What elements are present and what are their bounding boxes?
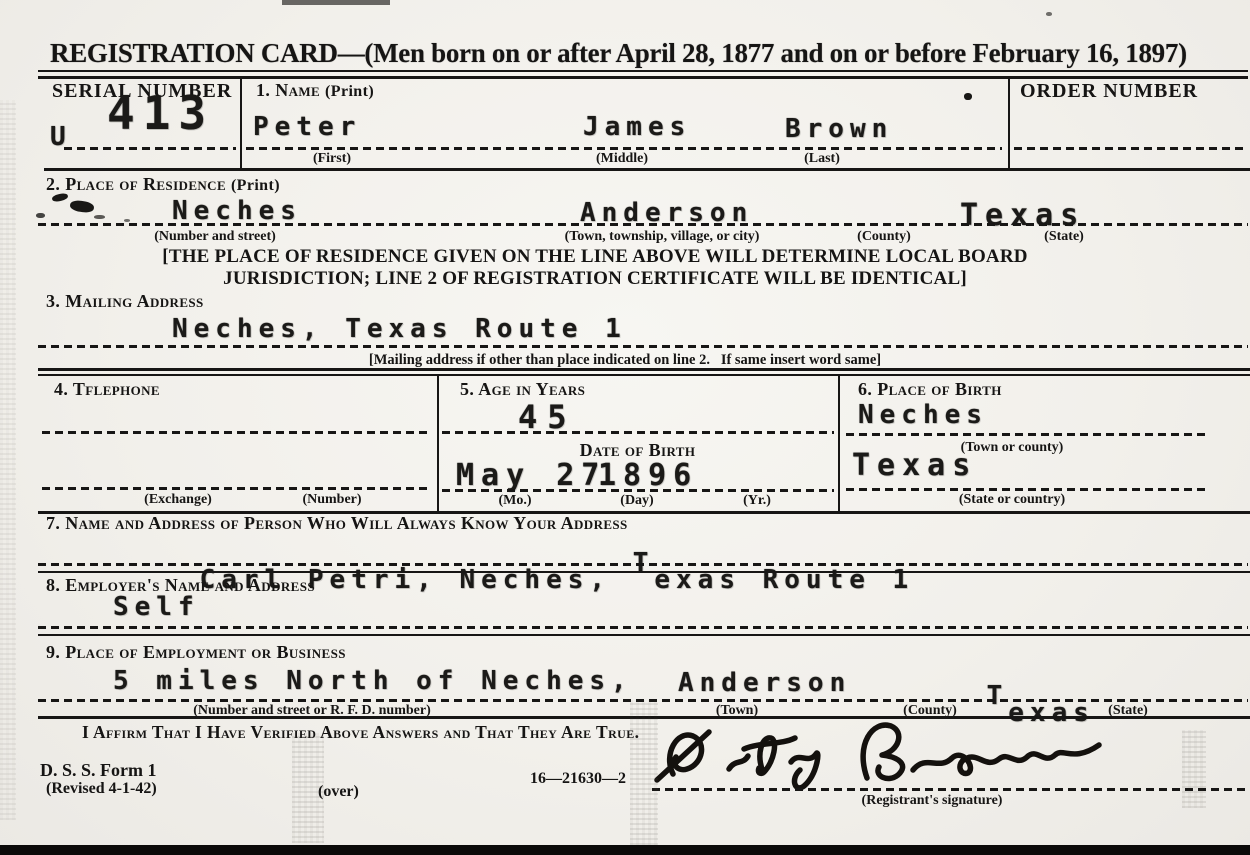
scan-streak [630,700,658,845]
employment-field-label: 9. Place of Employment or Business [46,642,346,663]
birth-field-label: 6. Place of Birth [858,379,1002,400]
serial-blank-line [64,147,236,150]
row8-bottom-rule [38,634,1250,636]
ink-speck [1046,12,1052,16]
employment-state-raised-t: T [987,681,1009,711]
ink-speck [124,219,130,222]
birth-town-value: Neches [858,400,988,430]
mailing-hint: [Mailing address if other than place ind… [0,352,1250,369]
scan-edge-artifact-top [282,0,390,5]
mailing-field-label: 3. Mailing Address [46,291,204,312]
telephone-sub-number: (Number) [302,492,361,508]
employer-value: Self [113,592,200,622]
telephone-blank-line-1 [42,431,432,434]
title-rule-top [38,70,1248,72]
employer-blank-line [38,626,1248,629]
name-sub-first: (First) [313,151,351,167]
ink-smudge [69,199,94,213]
divider-serial-name [240,78,242,168]
employment-town-value: Anderson [678,668,851,698]
dob-year-value: 1896 [598,458,698,493]
residence-field-label: 2. Place of Residence (Print) [46,174,280,195]
ink-speck [94,215,105,219]
residence-blank-line [38,223,1248,226]
age-blank-line [442,431,834,434]
title-rule-bottom [38,76,1248,79]
scan-edge-noise [0,100,16,820]
registration-card-scan: REGISTRATION CARD—(Men born on or after … [0,0,1250,855]
name-blank-line [246,147,1002,150]
row1-bottom-rule [44,168,1250,171]
mailing-value: Neches, Texas Route 1 [172,314,627,344]
birth-blank-line-1 [846,433,1206,436]
residence-sub-street: (Number and street) [154,229,276,245]
over-note: (over) [318,783,359,801]
scan-edge-artifact-bottom [0,845,1250,855]
dob-blank-line [442,489,834,492]
signature-blank-line [652,788,1246,791]
scan-streak [1182,730,1206,808]
mailing-bottom-rule-2 [38,374,1250,376]
birth-state-value: Texas [852,448,977,483]
ink-speck [36,213,45,218]
contact-value-post: exas Route 1 [654,565,914,595]
mailing-blank-line [38,345,1248,348]
telephone-field-label: 4. Tflephone [54,379,160,400]
employment-street-value: 5 miles North of Neches, [113,666,633,696]
contact-blank-line [38,563,1248,566]
dob-sub-yr: (Yr.) [743,493,771,509]
form-revision: (Revised 4-1-42) [46,780,157,798]
name-sub-middle: (Middle) [596,151,648,167]
birth-blank-line-2 [846,488,1206,491]
name-middle-value: James [583,112,691,142]
residence-sub-county: (County) [857,229,911,245]
form-number: D. S. S. Form 1 [40,760,157,781]
residence-sub-town: (Town, township, village, or city) [565,229,760,245]
mailing-bottom-rule-1 [38,368,1250,371]
name-sub-last: (Last) [804,151,840,167]
affirmation-text: I Affirm That I Have Verified Above Answ… [82,722,639,743]
scan-streak [292,733,324,843]
divider-name-order [1008,78,1010,168]
divider-age-birth [838,374,840,511]
signature-sub-label: (Registrant's signature) [862,793,1003,809]
order-number-label: ORDER NUMBER [1020,80,1198,103]
print-code: 16—21630—2 [530,770,626,788]
contact-field-label: 7. Name and Address of Person Who Will A… [46,513,628,534]
birth-sub-state: (State or country) [959,492,1065,508]
residence-street-value: Neches [172,196,302,226]
residence-state-value: Texas [960,198,1085,233]
telephone-sub-exchange: (Exchange) [144,492,212,508]
serial-number-value: 413 [107,86,214,140]
order-blank-line [1014,147,1246,150]
jurisdiction-notice-line1: [THE PLACE OF RESIDENCE GIVEN ON THE LIN… [0,246,1190,268]
age-field-label: 5. Age in Years [460,379,585,400]
ink-speck [964,93,972,100]
card-title: REGISTRATION CARD—(Men born on or after … [50,38,1187,69]
dob-sub-mo: (Mo.) [498,493,531,509]
name-last-value: Brown [785,114,893,144]
divider-tel-age [437,374,439,511]
row7-bottom-rule [38,571,1250,573]
telephone-blank-line-2 [42,487,432,490]
name-field-label: 1. Name (Print) [256,80,374,101]
name-first-value: Peter [253,112,361,142]
dob-month-day-value: May 27 [456,458,606,493]
jurisdiction-notice-line2: JURISDICTION; LINE 2 OF REGISTRATION CER… [0,268,1190,290]
dob-sub-day: (Day) [620,493,653,509]
residence-sub-state: (State) [1044,229,1084,245]
